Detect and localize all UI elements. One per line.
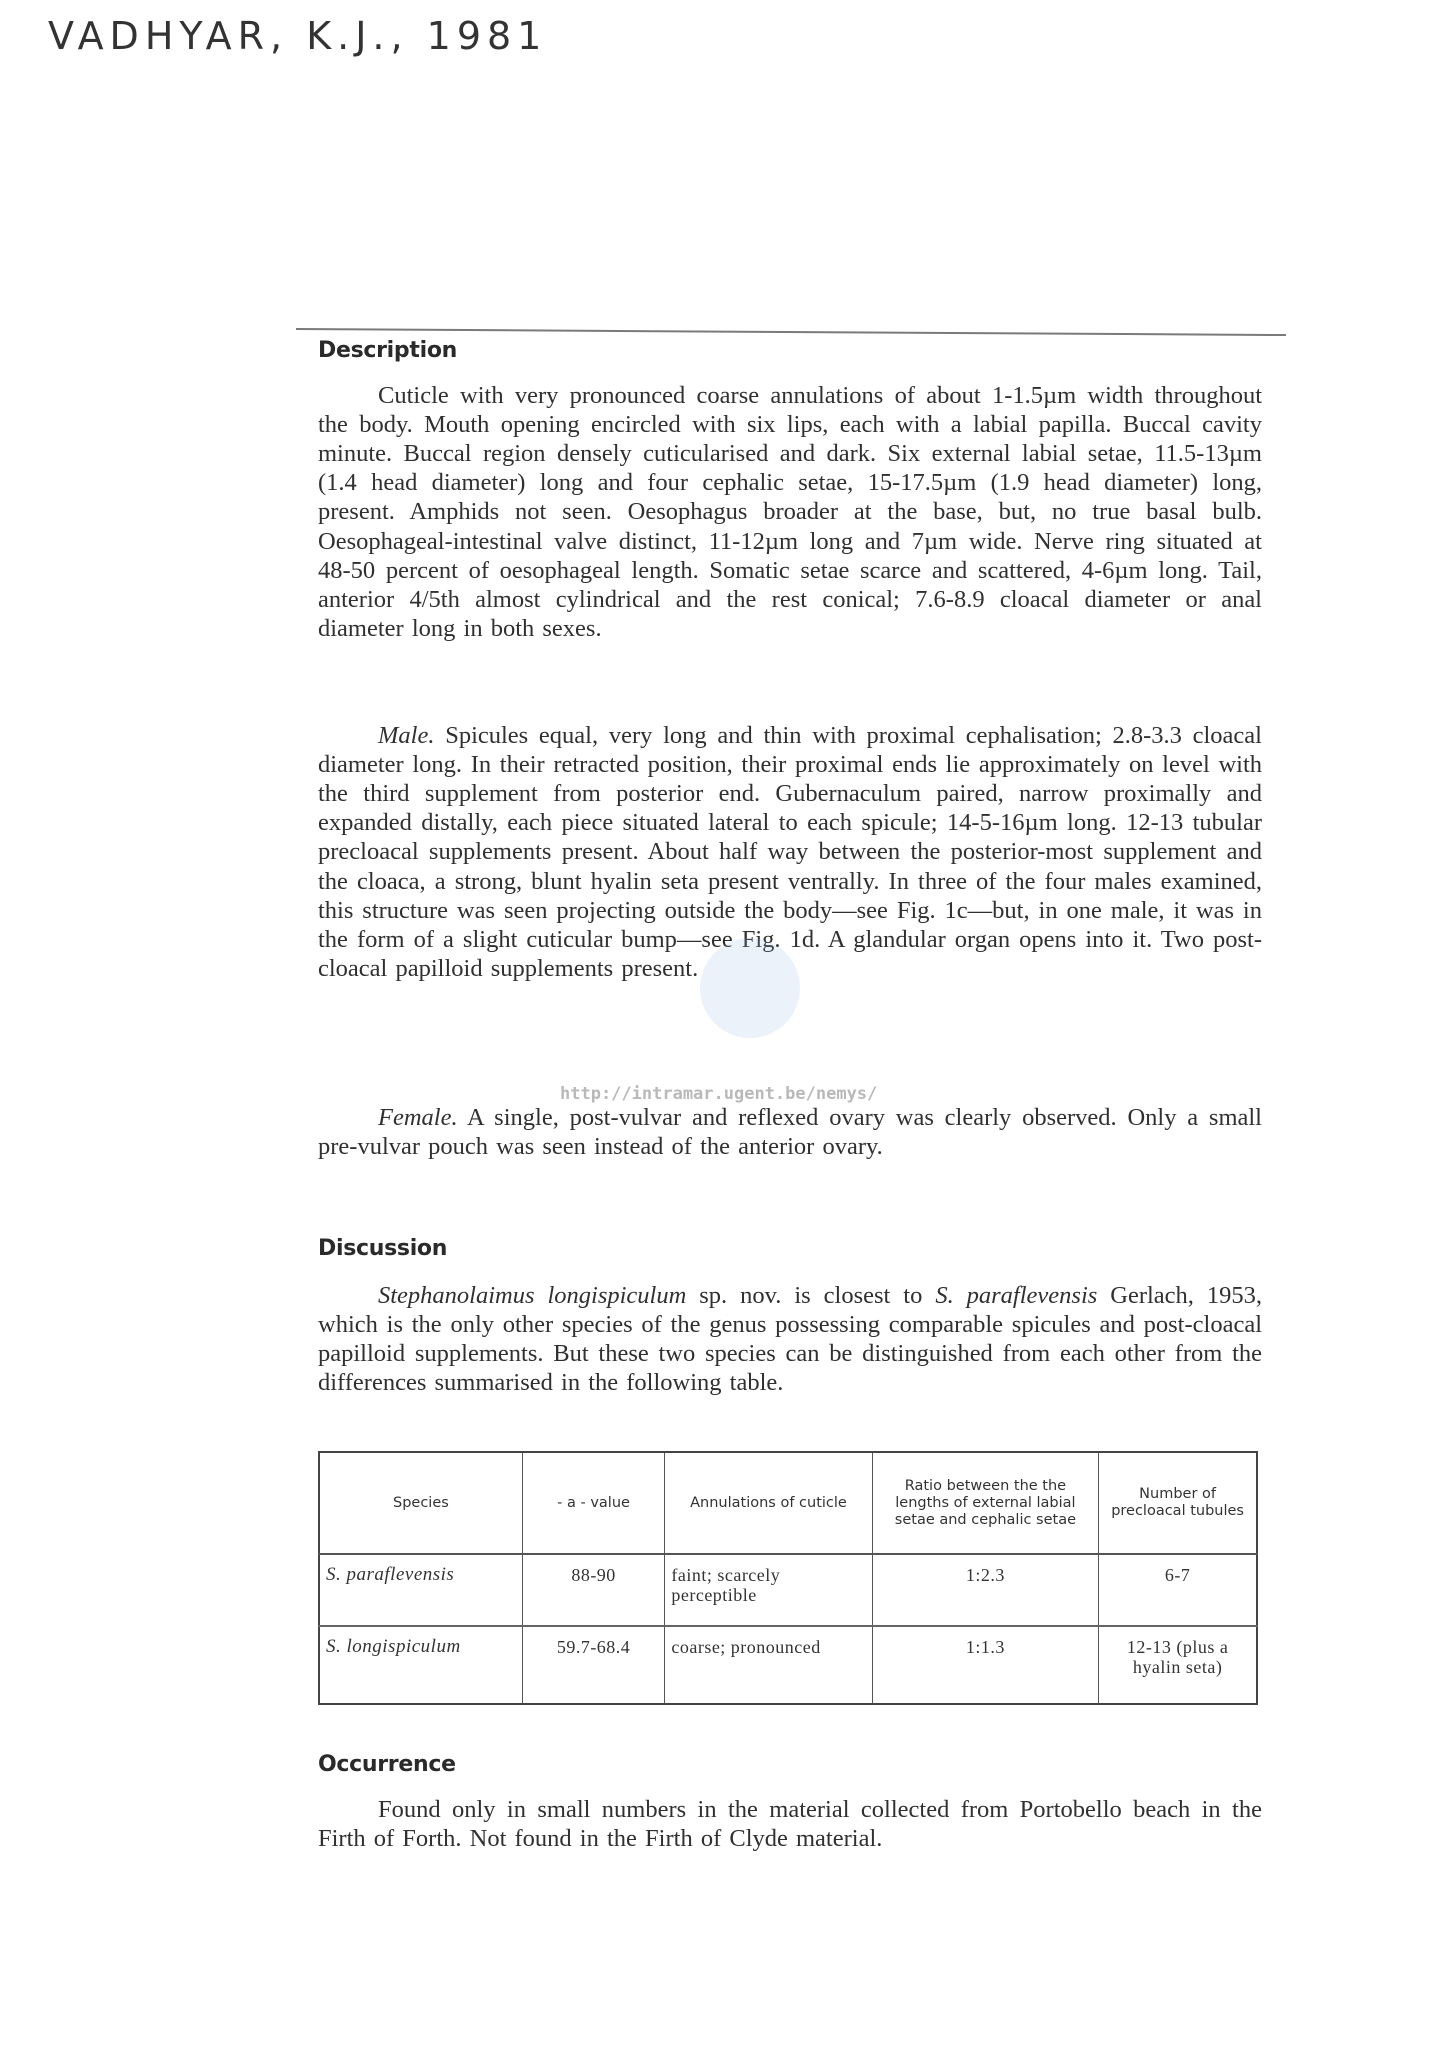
handwritten-citation: VADHYAR, K.J., 1981 [48, 14, 547, 58]
watermark-stamp [700, 938, 800, 1038]
col-annulations: Annulations of cuticle [665, 1452, 872, 1554]
comparison-table: Species - a - value Annulations of cutic… [318, 1451, 1258, 1705]
male-paragraph: Male. Spicules equal, very long and thin… [318, 721, 1262, 984]
watermark-url: http://intramar.ugent.be/nemys/ [560, 1084, 877, 1104]
cell-annulations: faint; scarcely perceptible [665, 1554, 872, 1626]
description-paragraph: Cuticle with very pronounced coarse annu… [318, 381, 1262, 644]
heading-occurrence: Occurrence [318, 1752, 456, 1777]
table-row: S. paraflevensis 88-90 faint; scarcely p… [319, 1554, 1257, 1626]
occurrence-paragraph: Found only in small numbers in the mater… [318, 1795, 1262, 1853]
discussion-paragraph: Stephanolaimus longispiculum sp. nov. is… [318, 1281, 1262, 1398]
col-a-value: - a - value [522, 1452, 665, 1554]
col-species: Species [319, 1452, 522, 1554]
cell-a-value: 88-90 [522, 1554, 665, 1626]
heading-description: Description [318, 338, 457, 363]
cell-tubules: 12-13 (plus a hyalin seta) [1099, 1626, 1257, 1704]
table-row: S. longispiculum 59.7-68.4 coarse; prono… [319, 1626, 1257, 1704]
top-rule [296, 328, 1286, 336]
heading-discussion: Discussion [318, 1236, 447, 1261]
female-lead: Female. [378, 1104, 458, 1131]
cell-annulations: coarse; pronounced [665, 1626, 872, 1704]
cell-ratio: 1:1.3 [872, 1626, 1099, 1704]
cell-ratio: 1:2.3 [872, 1554, 1099, 1626]
col-tubules: Number of precloacal tubules [1099, 1452, 1257, 1554]
cell-species: S. longispiculum [319, 1626, 522, 1704]
cell-species: S. paraflevensis [319, 1554, 522, 1626]
male-lead: Male. [378, 722, 434, 749]
col-ratio: Ratio between the the lengths of externa… [872, 1452, 1099, 1554]
table-header-row: Species - a - value Annulations of cutic… [319, 1452, 1257, 1554]
cell-a-value: 59.7-68.4 [522, 1626, 665, 1704]
cell-tubules: 6-7 [1099, 1554, 1257, 1626]
female-paragraph: Female. A single, post-vulvar and reflex… [318, 1103, 1262, 1161]
